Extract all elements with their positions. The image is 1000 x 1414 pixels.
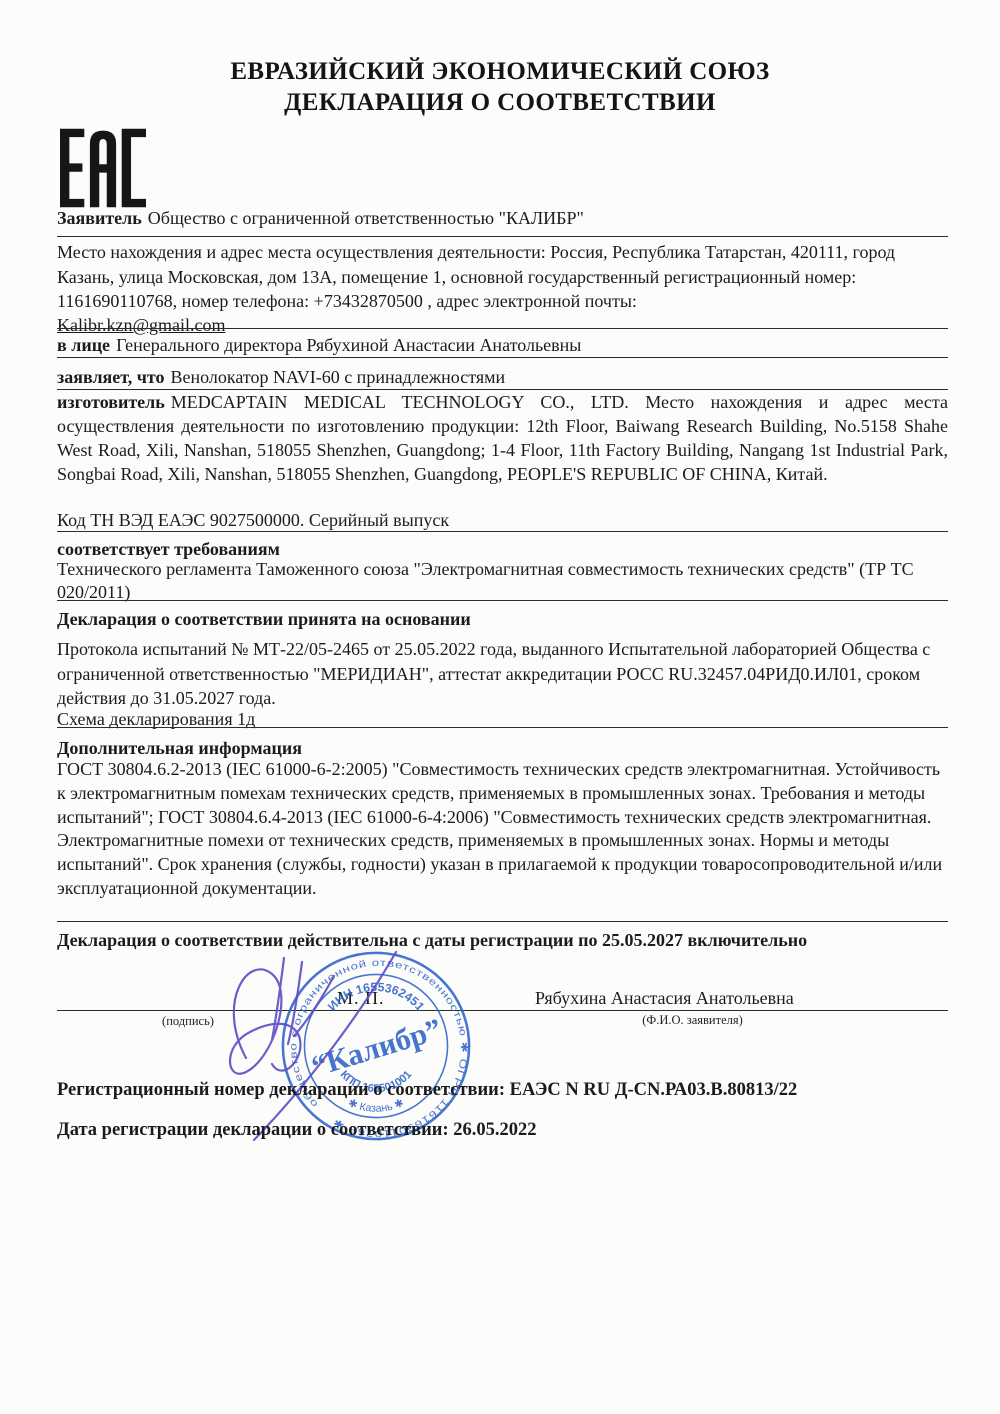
email-text: Kalibr.kzn@gmail.com xyxy=(57,315,226,335)
eac-logo-icon xyxy=(60,126,146,210)
horizontal-rule xyxy=(57,921,948,922)
document-title: ЕВРАЗИЙСКИЙ ЭКОНОМИЧЕСКИЙ СОЮЗ ДЕКЛАРАЦИ… xyxy=(0,56,1000,118)
declaration-document: ЕВРАЗИЙСКИЙ ЭКОНОМИЧЕСКИЙ СОЮЗ ДЕКЛАРАЦИ… xyxy=(0,0,1000,1414)
declares-row: заявляет, чтоВенолокатор NAVI-60 с прина… xyxy=(57,365,948,390)
horizontal-rule xyxy=(57,236,948,237)
registration-number-line: Регистрационный номер декларации о соотв… xyxy=(57,1080,948,1101)
horizontal-rule xyxy=(57,727,948,728)
title-union: ЕВРАЗИЙСКИЙ ЭКОНОМИЧЕСКИЙ СОЮЗ xyxy=(0,56,1000,87)
address-text: Место нахождения и адрес места осуществл… xyxy=(57,240,948,314)
in-person-value: Генерального директора Рябухиной Анастас… xyxy=(116,335,581,355)
additional-header: Дополнительная информация xyxy=(57,736,948,761)
manufacturer-paragraph: изготовительMEDCAPTAIN MEDICAL TECHNOLOG… xyxy=(57,390,948,486)
basis-header: Декларация о соответствии принята на осн… xyxy=(57,607,948,632)
additional-text: ГОСТ 30804.6.2-2013 (IEC 61000-6-2:2005)… xyxy=(57,758,948,901)
tn-ved-row: Код ТН ВЭД ЕАЭС 9027500000. Серийный вып… xyxy=(57,508,948,533)
registration-date-line: Дата регистрации декларации о соответств… xyxy=(57,1120,948,1141)
fullname-caption: (Ф.И.О. заявителя) xyxy=(630,1013,755,1028)
manufacturer-label: изготовитель xyxy=(57,392,165,412)
horizontal-rule xyxy=(57,328,948,329)
applicant-label: Заявитель xyxy=(57,208,142,228)
in-person-row: в лицеГенерального директора Рябухиной А… xyxy=(57,333,948,358)
applicant-value: Общество с ограниченной ответственностью… xyxy=(148,208,584,228)
applicant-row: ЗаявительОбщество с ограниченной ответст… xyxy=(57,206,948,231)
complies-text: Технического регламента Таможенного союз… xyxy=(57,558,948,604)
title-declaration: ДЕКЛАРАЦИЯ О СООТВЕТСТВИИ xyxy=(0,87,1000,118)
horizontal-rule xyxy=(57,357,948,358)
declares-label: заявляет, что xyxy=(57,367,165,387)
applicant-fullname: Рябухина Анастасия Анатольевна xyxy=(535,988,794,1009)
declares-value: Венолокатор NAVI-60 с принадлежностями xyxy=(171,367,506,387)
manufacturer-text: MEDCAPTAIN MEDICAL TECHNOLOGY CO., LTD. … xyxy=(57,392,948,484)
basis-text: Протокола испытаний № МТ-22/05-2465 от 2… xyxy=(57,637,948,711)
horizontal-rule xyxy=(57,531,948,532)
horizontal-rule xyxy=(57,600,948,601)
in-person-label: в лице xyxy=(57,335,110,355)
